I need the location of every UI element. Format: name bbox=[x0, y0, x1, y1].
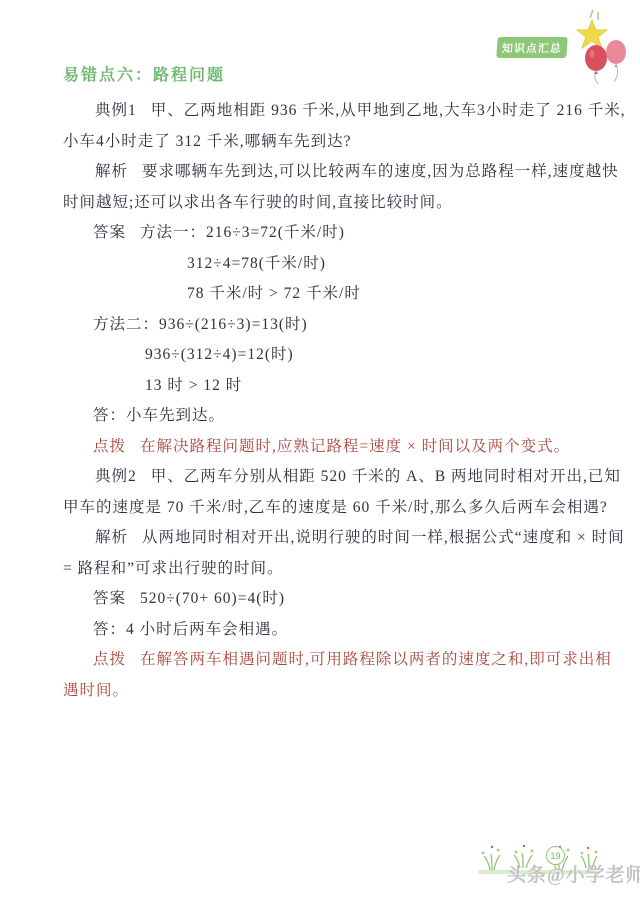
section-title: 易错点六：路程问题 bbox=[63, 62, 225, 85]
example2-analysis-line2: = 路程和”可求出行驶的时间。 bbox=[63, 554, 597, 585]
example2-tip-tag: 点拨 bbox=[93, 651, 126, 668]
example2-answer-tag: 答案 bbox=[93, 590, 126, 607]
example1-analysis-line2: 时间越短;还可以求出各车行驶的时间,直接比较时间。 bbox=[63, 188, 597, 219]
section-badge-label: 知识点汇总 bbox=[501, 40, 562, 56]
example1-method2-eq2: 936÷(312÷4)=12(时) bbox=[63, 340, 597, 371]
example1-tag: 典例1 bbox=[95, 102, 137, 119]
example1-question-line2: 小车4小时走了 312 千米,哪辆车先到达? bbox=[63, 127, 597, 158]
example1-conclusion: 答：小车先到达。 bbox=[63, 401, 597, 432]
example2-question-line2: 甲车的速度是 70 千米/时,乙车的速度是 60 千米/时,那么多久后两车会相遇… bbox=[63, 493, 597, 524]
page-content: 典例1甲、乙两地相距 936 千米,从甲地到乙地,大车3小时走了 216 千米,… bbox=[63, 96, 597, 706]
pink-balloon-icon bbox=[606, 40, 626, 64]
example2-tip-line1: 点拨在解答两车相遇问题时,可用路程除以两者的速度之和,即可求出相 bbox=[63, 645, 597, 676]
example2-answer-eq: 答案520÷(70+ 60)=4(时) bbox=[63, 584, 597, 615]
section-badge: 知识点汇总 bbox=[496, 37, 567, 58]
example1-method1-compare: 78 千米/时 > 72 千米/时 bbox=[63, 279, 597, 310]
example2-tip-line2: 遇时间。 bbox=[63, 676, 597, 707]
example1-method1-eq2: 312÷4=78(千米/时) bbox=[63, 249, 597, 280]
red-balloon-icon bbox=[585, 45, 607, 71]
example1-answer-tag: 答案 bbox=[93, 224, 126, 241]
star-icon bbox=[577, 20, 607, 48]
example1-answer-method1-eq1: 答案方法一：216÷3=72(千米/时) bbox=[63, 218, 597, 249]
example1-question-line1: 典例1甲、乙两地相距 936 千米,从甲地到乙地,大车3小时走了 216 千米, bbox=[63, 96, 597, 127]
example2-analysis-tag: 解析 bbox=[95, 529, 128, 546]
textbook-page: 知识点汇总 易错点六：路程问题 典例1甲、乙两地相距 936 千米,从甲地到乙地… bbox=[0, 0, 640, 898]
example1-tip: 点拨在解决路程问题时,应熟记路程=速度 × 时间以及两个变式。 bbox=[63, 432, 597, 463]
example2-question-line1: 典例2甲、乙两车分别从相距 520 千米的 A、B 两地同时相对开出,已知 bbox=[63, 462, 597, 493]
example1-tip-tag: 点拨 bbox=[93, 438, 126, 455]
example1-analysis-line1: 解析要求哪辆车先到达,可以比较两车的速度,因为总路程一样,速度越快 bbox=[63, 157, 597, 188]
example2-tag: 典例2 bbox=[95, 468, 137, 485]
example1-method2-compare: 13 时 > 12 时 bbox=[63, 371, 597, 402]
watermark-text: 头条@小学老师 bbox=[507, 860, 640, 887]
example1-method2-eq1: 方法二：936÷(216÷3)=13(时) bbox=[63, 310, 597, 341]
balloons-star-decoration bbox=[560, 8, 636, 94]
example2-analysis-line1: 解析从两地同时相对开出,说明行驶的时间一样,根据公式“速度和 × 时间 bbox=[63, 523, 597, 554]
example1-analysis-tag: 解析 bbox=[95, 163, 128, 180]
example2-conclusion: 答：4 小时后两车会相遇。 bbox=[63, 615, 597, 646]
